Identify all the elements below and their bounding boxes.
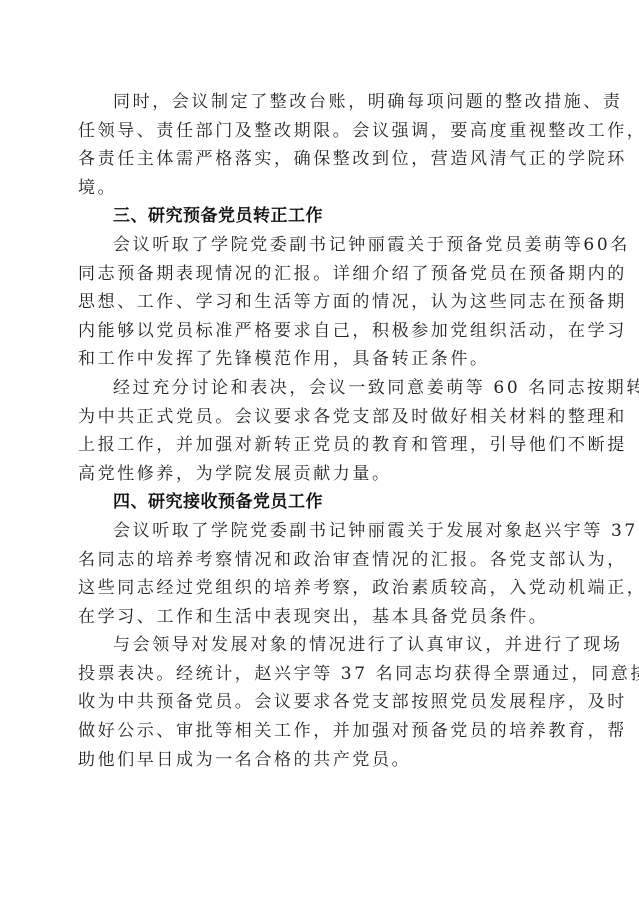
text-line: 境。: [78, 174, 558, 203]
text-line: 同时，会议制定了整改台账，明确每项问题的整改措施、责: [78, 88, 558, 117]
text-line: 这些同志经过党组织的培养考察，政治素质较高，入党动机端正，: [78, 574, 558, 603]
paragraph-rectification-ledger: 同时，会议制定了整改台账，明确每项问题的整改措施、责 任领导、责任部门及整改期限…: [78, 88, 558, 202]
document-page: 同时，会议制定了整改台账，明确每项问题的整改措施、责 任领导、责任部门及整改期限…: [78, 88, 558, 774]
text-line: 为中共正式党员。会议要求各党支部及时做好相关材料的整理和: [78, 403, 558, 432]
paragraph-probationary-report: 会议听取了学院党委副书记钟丽霞关于预备党员姜萌等60名 同志预备期表现情况的汇报…: [78, 231, 558, 374]
text-line: 会议听取了学院党委副书记钟丽霞关于发展对象赵兴宇等 37: [78, 517, 558, 546]
text-line: 思想、工作、学习和生活等方面的情况，认为这些同志在预备期: [78, 288, 558, 317]
text-line: 做好公示、审批等相关工作，并加强对预备党员的培养教育，帮: [78, 717, 558, 746]
text-line: 任领导、责任部门及整改期限。会议强调，要高度重视整改工作，: [78, 117, 558, 146]
text-line: 各责任主体需严格落实，确保整改到位，营造风清气正的学院环: [78, 145, 558, 174]
text-line: 和工作中发挥了先锋模范作用，具备转正条件。: [78, 345, 558, 374]
text-line: 经过充分讨论和表决，会议一致同意姜萌等 60 名同志按期转: [78, 374, 558, 403]
text-line: 在学习、工作和生活中表现突出，基本具备党员条件。: [78, 603, 558, 632]
text-line: 同志预备期表现情况的汇报。详细介绍了预备党员在预备期内的: [78, 260, 558, 289]
section-heading-4: 四、研究接收预备党员工作: [78, 488, 558, 517]
text-line: 内能够以党员标准严格要求自己，积极参加党组织活动，在学习: [78, 317, 558, 346]
text-line: 会议听取了学院党委副书记钟丽霞关于预备党员姜萌等60名: [78, 231, 558, 260]
text-line: 收为中共预备党员。会议要求各党支部按照党员发展程序，及时: [78, 688, 558, 717]
text-line: 投票表决。经统计，赵兴宇等 37 名同志均获得全票通过，同意接: [78, 660, 558, 689]
paragraph-full-member-approval: 经过充分讨论和表决，会议一致同意姜萌等 60 名同志按期转 为中共正式党员。会议…: [78, 374, 558, 488]
paragraph-development-report: 会议听取了学院党委副书记钟丽霞关于发展对象赵兴宇等 37 名同志的培养考察情况和…: [78, 517, 558, 631]
text-line: 助他们早日成为一名合格的共产党员。: [78, 746, 558, 775]
text-line: 上报工作，并加强对新转正党员的教育和管理，引导他们不断提: [78, 431, 558, 460]
section-heading-3: 三、研究预备党员转正工作: [78, 202, 558, 231]
paragraph-voting-result: 与会领导对发展对象的情况进行了认真审议，并进行了现场 投票表决。经统计，赵兴宇等…: [78, 631, 558, 774]
text-line: 高党性修养，为学院发展贡献力量。: [78, 460, 558, 489]
text-line: 与会领导对发展对象的情况进行了认真审议，并进行了现场: [78, 631, 558, 660]
text-line: 名同志的培养考察情况和政治审查情况的汇报。各党支部认为，: [78, 546, 558, 575]
